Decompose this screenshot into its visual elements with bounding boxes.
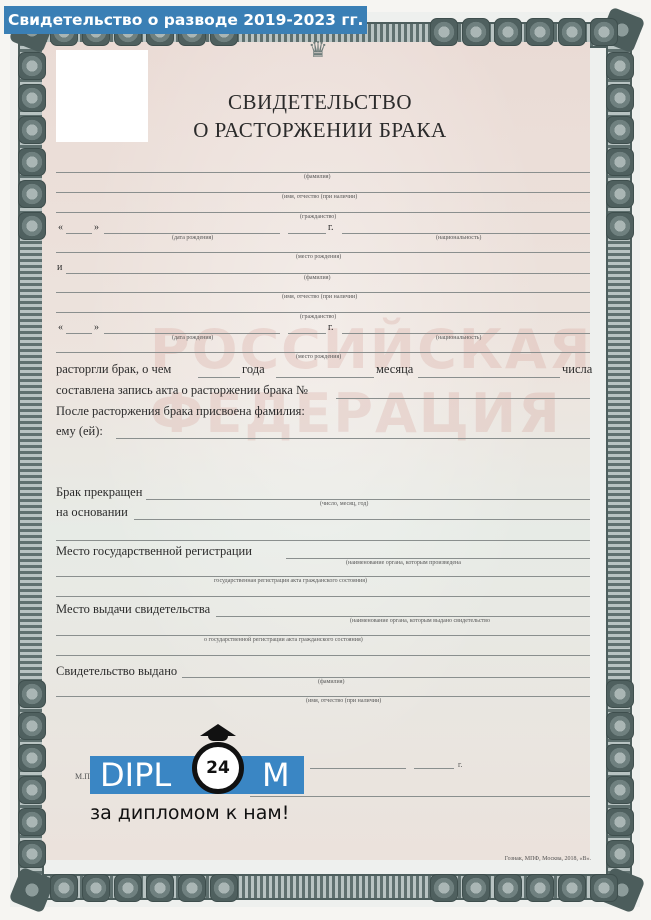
year-suffix: г. — [328, 322, 333, 333]
caption-issuing-2: о государственной регистрации акта гражд… — [204, 637, 363, 643]
issued-surname-line[interactable] — [182, 677, 590, 678]
border-medallion-icon — [430, 874, 458, 902]
spouse2-birth-month-line[interactable] — [104, 333, 280, 334]
spouse1-birth-year-line[interactable] — [288, 233, 326, 234]
border-medallion-icon — [606, 180, 634, 208]
registration-place-line-3[interactable] — [56, 596, 590, 597]
label-basis: на основании — [56, 505, 128, 520]
border-medallion-icon — [590, 874, 618, 902]
quote-open: « — [58, 322, 63, 333]
border-medallion-icon — [606, 712, 634, 740]
title-line-1: СВИДЕТЕЛЬСТВО — [150, 88, 490, 116]
printer-imprint: Гознак, МПФ, Москва, 2018, «В». — [505, 856, 591, 862]
page-title: СВИДЕТЕЛЬСТВО О РАСТОРЖЕНИИ БРАКА — [150, 88, 490, 144]
border-medallion-icon — [606, 148, 634, 176]
spouse2-birth-year-line[interactable] — [288, 333, 326, 334]
year-suffix: г. — [328, 222, 333, 233]
border-medallion-icon — [606, 116, 634, 144]
border-medallion-icon — [18, 52, 46, 80]
border-medallion-icon — [18, 148, 46, 176]
day-line[interactable] — [418, 377, 560, 378]
spouse1-birth-day-line[interactable] — [66, 233, 92, 234]
caption-issuing-1: (наименование органа, которым выдано сви… — [350, 618, 490, 624]
border-medallion-icon — [146, 874, 174, 902]
label-him-her: ему (ей): — [56, 424, 103, 439]
caption-date: (число, месяц, год) — [320, 501, 368, 507]
border-medallion-icon — [82, 874, 110, 902]
border-medallion-icon — [462, 874, 490, 902]
border-medallion-icon — [18, 180, 46, 208]
caption-surname: (фамилия) — [304, 275, 331, 281]
label-year: года — [242, 362, 265, 377]
border-medallion-icon — [494, 18, 522, 46]
border-medallion-icon — [18, 776, 46, 804]
caption-birth-date: (дата рождения) — [172, 235, 213, 241]
caption-citizenship: (гражданство) — [300, 214, 336, 220]
border-medallion-icon — [18, 840, 46, 868]
graduation-cap-base-icon — [208, 733, 228, 741]
issue-place-line-2[interactable] — [56, 635, 590, 636]
label-terminated: Брак прекращен — [56, 485, 142, 500]
certificate-field — [42, 42, 590, 860]
border-medallion-icon — [606, 808, 634, 836]
border-medallion-icon — [18, 680, 46, 708]
logo-tagline: за дипломом к нам! — [90, 802, 289, 824]
caption-citizenship: (гражданство) — [300, 314, 336, 320]
basis-line-2[interactable] — [56, 540, 590, 541]
caption-name: (имя, отчество (при наличии) — [282, 194, 357, 200]
logo-text-left: DIPL — [100, 756, 171, 794]
spouse2-citizenship-line[interactable] — [56, 312, 590, 313]
border-medallion-icon — [210, 874, 238, 902]
label-divorced: расторгли брак, о чем — [56, 362, 171, 377]
record-number-line[interactable] — [336, 398, 590, 399]
issued-name-line[interactable] — [56, 696, 590, 697]
border-medallion-icon — [526, 18, 554, 46]
border-medallion-icon — [114, 874, 142, 902]
spouse2-surname-line[interactable] — [66, 273, 590, 274]
caption-name: (имя, отчество (при наличии) — [306, 698, 381, 704]
coat-of-arms-icon: ♛ — [298, 36, 338, 66]
border-medallion-icon — [18, 808, 46, 836]
issue-place-line[interactable] — [216, 616, 590, 617]
top-banner-title: Свидетельство о разводе 2019-2023 гг. — [4, 6, 367, 34]
quote-open: « — [58, 222, 63, 233]
border-medallion-icon — [558, 18, 586, 46]
title-line-2: О РАСТОРЖЕНИИ БРАКА — [150, 116, 490, 144]
label-registration-place: Место государственной регистрации — [56, 544, 252, 559]
spouse2-birthplace-line[interactable] — [56, 352, 590, 353]
caption-surname: (фамилия) — [304, 174, 331, 180]
border-medallion-icon — [430, 18, 458, 46]
border-medallion-icon — [494, 874, 522, 902]
spouse1-surname-line[interactable] — [56, 172, 590, 173]
caption-nationality: (национальность) — [436, 235, 481, 241]
caption-birth-place: (место рождения) — [296, 254, 341, 260]
border-medallion-icon — [606, 84, 634, 112]
border-medallion-icon — [18, 212, 46, 240]
logo-circle: 24 — [192, 742, 244, 794]
quote-close: » — [94, 222, 99, 233]
caption-birth-place: (место рождения) — [296, 354, 341, 360]
caption-nationality: (национальность) — [436, 335, 481, 341]
quote-close: » — [94, 322, 99, 333]
border-medallion-icon — [18, 712, 46, 740]
caption-name: (имя, отчество (при наличии) — [282, 294, 357, 300]
border-medallion-icon — [50, 874, 78, 902]
year-line[interactable] — [198, 377, 240, 378]
spouse2-name-line[interactable] — [56, 292, 590, 293]
month-line[interactable] — [276, 377, 374, 378]
issue-date-line[interactable] — [310, 768, 406, 769]
border-medallion-icon — [606, 680, 634, 708]
label-and: и — [57, 262, 62, 273]
border-medallion-icon — [606, 52, 634, 80]
logo-text-right: M — [262, 756, 290, 794]
border-medallion-icon — [606, 212, 634, 240]
issue-place-line-3[interactable] — [56, 655, 590, 656]
border-medallion-icon — [18, 116, 46, 144]
photo-placeholder — [56, 50, 148, 142]
border-medallion-icon — [178, 874, 206, 902]
caption-surname: (фамилия) — [318, 679, 345, 685]
basis-line[interactable] — [134, 519, 590, 520]
registration-place-line-2[interactable] — [56, 576, 590, 577]
spouse1-name-line[interactable] — [56, 192, 590, 193]
border-medallion-icon — [462, 18, 490, 46]
caption-birth-date: (дата рождения) — [172, 335, 213, 341]
registration-place-line[interactable] — [286, 558, 590, 559]
label-month: месяца — [376, 362, 413, 377]
label-issued: Свидетельство выдано — [56, 664, 177, 679]
border-medallion-icon — [606, 840, 634, 868]
label-issue-place: Место выдачи свидетельства — [56, 602, 210, 617]
spouse2-birth-day-line[interactable] — [66, 333, 92, 334]
signature-line[interactable] — [250, 796, 590, 797]
spouse1-birthplace-line[interactable] — [56, 252, 590, 253]
border-medallion-icon — [526, 874, 554, 902]
border-medallion-icon — [606, 776, 634, 804]
spouse1-nationality-line[interactable] — [342, 233, 590, 234]
border-medallion-icon — [558, 874, 586, 902]
terminated-date-line[interactable] — [146, 499, 590, 500]
label-day: числа — [562, 362, 592, 377]
border-medallion-icon — [18, 84, 46, 112]
border-medallion-icon — [18, 744, 46, 772]
caption-registry-2: государственная регистрация акта граждан… — [214, 578, 367, 584]
caption-registry-1: (наименование органа, которым произведен… — [346, 560, 461, 566]
issue-year-line[interactable] — [414, 768, 454, 769]
spouse1-birth-month-line[interactable] — [104, 233, 280, 234]
new-surname-line[interactable] — [116, 438, 590, 439]
label-surname-after: После расторжения брака присвоена фамили… — [56, 404, 305, 419]
spouse1-citizenship-line[interactable] — [56, 212, 590, 213]
border-medallion-icon — [606, 744, 634, 772]
label-record-number: составлена запись акта о расторжении бра… — [56, 383, 308, 398]
border-medallion-icon — [590, 18, 618, 46]
date-suffix: г. — [458, 760, 462, 769]
spouse2-nationality-line[interactable] — [342, 333, 590, 334]
